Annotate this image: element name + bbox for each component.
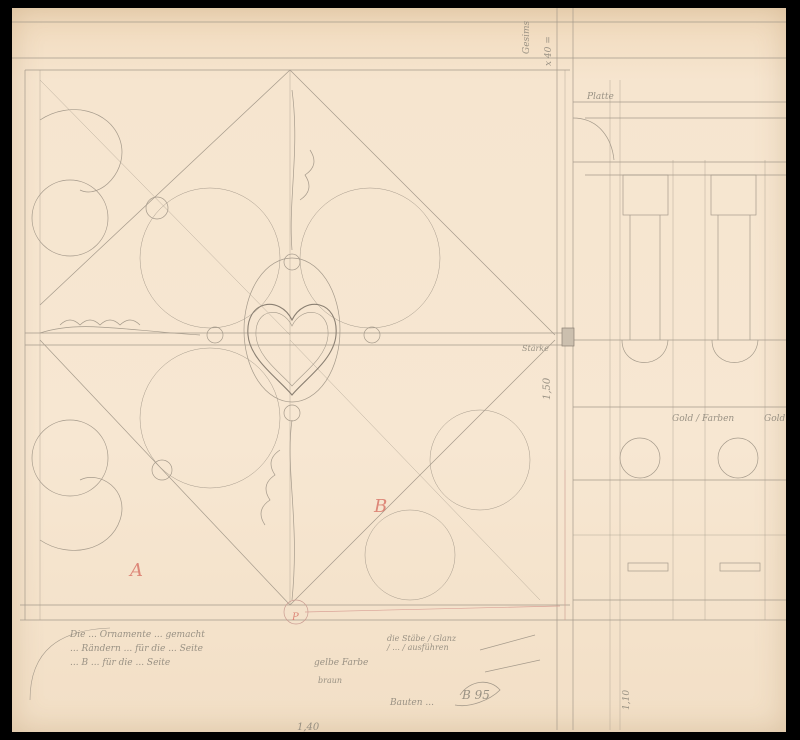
annotation-bottom-left-2: ... Rändern ... für die ... Seite	[70, 644, 203, 654]
annotation-bottom-left-3: ... B ... für die ... Seite	[70, 658, 170, 668]
annotation-rods: die Stäbe / Glanz / ... / ausführen	[387, 634, 457, 652]
annotation-gold-edge: Gold	[764, 414, 785, 424]
annotation-cornice: Gesims	[522, 21, 532, 54]
dimension-right-bottom: 1,10	[622, 690, 632, 710]
dimension-bottom: 1,40	[297, 722, 319, 733]
panel-b-label: B	[374, 496, 387, 517]
annotation-gold-colors: Gold / Farben	[672, 414, 734, 424]
center-marker-label: P	[292, 612, 299, 623]
dimension-top-right: x 40 =	[544, 36, 554, 66]
drawing-sheet: A B P Die ... Ornamente ... gemacht ... …	[12, 8, 786, 732]
annotation-buildings: Bauten ...	[390, 698, 434, 708]
ornament-drawing	[12, 8, 786, 732]
annotation-brown: braun	[318, 676, 342, 685]
annotation-thickness: Stärke	[522, 344, 549, 353]
annotation-yellow-color: gelbe Farbe	[314, 658, 368, 668]
annotation-bottom-left-1: Die ... Ornamente ... gemacht	[70, 630, 205, 640]
signature-date: B 95	[462, 688, 490, 702]
panel-a-label: A	[130, 560, 143, 581]
dimension-center-vertical: 1,50	[542, 378, 553, 400]
annotation-plate: Platte	[587, 92, 614, 102]
